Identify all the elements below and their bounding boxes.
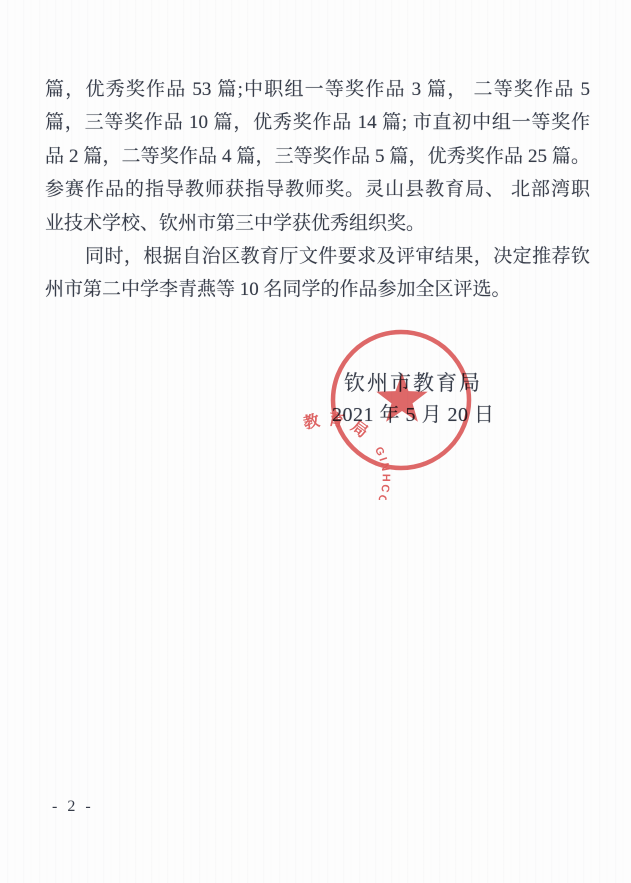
page-number: - 2 - xyxy=(52,798,94,816)
seal-rim-chinese: 钦州市教育局 xyxy=(301,409,377,486)
letter-body: 篇，优秀奖作品 53 篇;中职组一等奖作品 3 篇， 二等奖作品 5 篇，三等奖… xyxy=(45,73,590,307)
body-line: 篇，优秀奖作品 53 篇;中职组一等奖作品 3 篇， 二等奖作品 5 xyxy=(45,73,590,106)
body-line: 篇，三等奖作品 10 篇，优秀奖作品 14 篇; 市直初中组一等奖作 xyxy=(45,106,590,139)
body-line: 参赛作品的指导教师获指导教师奖。灵山县教育局、 北部湾职 xyxy=(45,173,590,206)
body-line: 品 2 篇，二等奖作品 4 篇，三等奖作品 5 篇，优秀奖作品 25 篇。 xyxy=(45,140,590,173)
official-seal: GINHCOUHSI GYAUYUZGIZ钦州市教育局 xyxy=(301,300,501,500)
scanned-document-page: 篇，优秀奖作品 53 篇;中职组一等奖作品 3 篇， 二等奖作品 5 篇，三等奖… xyxy=(0,0,631,883)
seal-rim-latin: GINHCOUHSI GYAUYUZGIZ xyxy=(301,445,392,500)
body-line: 业技术学校、钦州市第三中学获优秀组织奖。 xyxy=(45,207,590,240)
body-line: 同时，根据自治区教育厅文件要求及评审结果，决定推荐钦 xyxy=(45,240,590,273)
seal-rim-text: GINHCOUHSI GYAUYUZGIZ钦州市教育局 xyxy=(301,409,392,500)
seal-star-icon xyxy=(376,373,427,422)
